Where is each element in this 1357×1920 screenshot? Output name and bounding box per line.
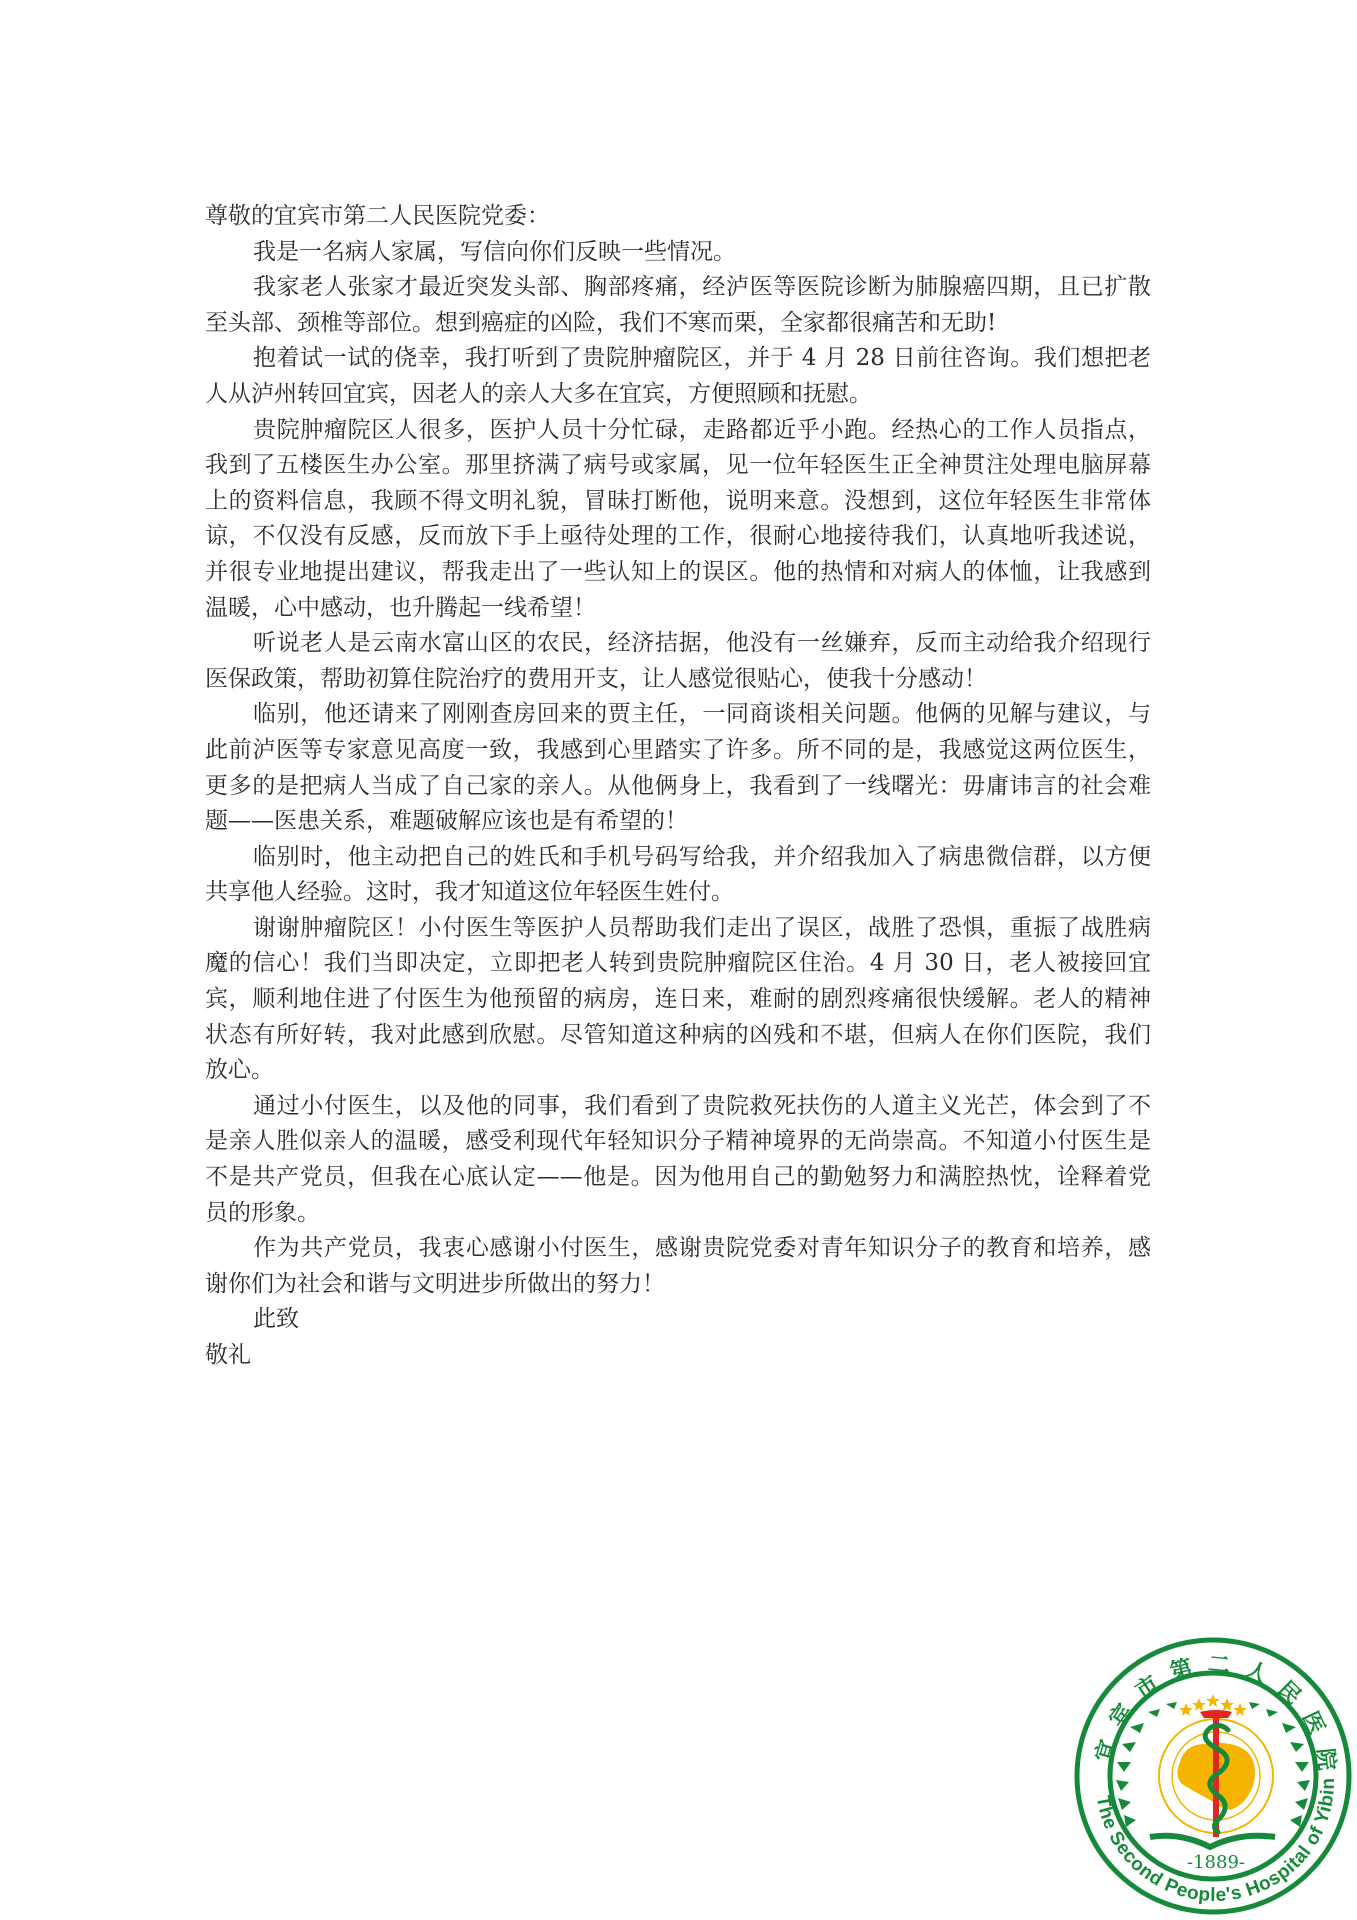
letter-line: 温暖，心中感动，也升腾起一线希望！ [205, 591, 1151, 627]
letter-line: 临别，他还请来了刚刚查房回来的贾主任，一同商谈相关问题。他俩的见解与建议，与 [205, 697, 1151, 733]
letter-line: 通过小付医生，以及他的同事，我们看到了贵院救死扶伤的人道主义光芒，体会到了不 [205, 1089, 1151, 1125]
letter-line: 人从泸州转回宜宾，因老人的亲人大多在宜宾，方便照顾和抚慰。 [205, 377, 1151, 413]
letter-line: 员的形象。 [205, 1196, 1151, 1232]
letter-line: 作为共产党员，我衷心感谢小付医生，感谢贵院党委对青年知识分子的教育和培养，感 [205, 1231, 1151, 1267]
letter-line: 我到了五楼医生办公室。那里挤满了病号或家属，见一位年轻医生正全神贯注处理电脑屏幕 [205, 448, 1151, 484]
letter-line: 谢谢肿瘤院区！小付医生等医护人员帮助我们走出了误区，战胜了恐惧，重振了战胜病 [205, 911, 1151, 947]
closing: 此致 [205, 1302, 1151, 1338]
letter-body: 尊敬的宜宾市第二人民医院党委： 我是一名病人家属，写信向你们反映一些情况。我家老… [205, 199, 1151, 1374]
letter-line: 宾，顺利地住进了付医生为他预留的病房，连日来，难耐的剧烈疼痛很快缓解。老人的精神 [205, 982, 1151, 1018]
letter-line: 至头部、颈椎等部位。想到癌症的凶险，我们不寒而栗，全家都很痛苦和无助! [205, 306, 1151, 342]
letter-paragraphs: 我是一名病人家属，写信向你们反映一些情况。我家老人张家才最近突发头部、胸部疼痛，… [205, 235, 1151, 1303]
letter-line: 医保政策，帮助初算住院治疗的费用开支，让人感觉很贴心，使我十分感动！ [205, 662, 1151, 698]
letter-line: 临别时，他主动把自己的姓氏和手机号码写给我，并介绍我加入了病患微信群，以方便 [205, 840, 1151, 876]
letter-line: 更多的是把病人当成了自己家的亲人。从他俩身上，我看到了一线曙光：毋庸讳言的社会难 [205, 769, 1151, 805]
letter-line: 放心。 [205, 1053, 1151, 1089]
letter-line: 题——医患关系，难题破解应该也是有希望的！ [205, 804, 1151, 840]
letter-line: 上的资料信息，我顾不得文明礼貌，冒昧打断他，说明来意。没想到，这位年轻医生非常体 [205, 484, 1151, 520]
letter-line: 抱着试一试的侥幸，我打听到了贵院肿瘤院区，并于 4 月 28 日前往咨询。我们想… [205, 341, 1151, 377]
letter-line: 共享他人经验。这时，我才知道这位年轻医生姓付。 [205, 875, 1151, 911]
letter-line: 不是共产党员，但我在心底认定——他是。因为他用自己的勤勉努力和满腔热忱，诠释着党 [205, 1160, 1151, 1196]
letter-line: 听说老人是云南水富山区的农民，经济拮据，他没有一丝嫌弃，反而主动给我介绍现行 [205, 626, 1151, 662]
letter-line: 贵院肿瘤院区人很多，医护人员十分忙碌，走路都近乎小跑。经热心的工作人员指点， [205, 413, 1151, 449]
letter-line: 状态有所好转，我对此感到欣慰。尽管知道这种病的凶残和不堪，但病人在你们医院，我们 [205, 1018, 1151, 1054]
letter-line: 魔的信心！我们当即决定，立即把老人转到贵院肿瘤院区住治。4 月 30 日，老人被… [205, 946, 1151, 982]
letter-line: 我家老人张家才最近突发头部、胸部疼痛，经泸医等医院诊断为肺腺癌四期，且已扩散 [205, 270, 1151, 306]
letter-line: 此前泸医等专家意见高度一致，我感到心里踏实了许多。所不同的是，我感觉这两位医生， [205, 733, 1151, 769]
salutation: 尊敬的宜宾市第二人民医院党委： [205, 199, 1151, 235]
letter-line: 谢你们为社会和谐与文明进步所做出的努力！ [205, 1267, 1151, 1303]
letter-line: 是亲人胜似亲人的温暖，感受利现代年轻知识分子精神境界的无尚崇高。不知道小付医生是 [205, 1124, 1151, 1160]
hospital-logo-seal: 宜宾市第二人民医院 The Second People's Hospital o… [1070, 1632, 1357, 1920]
letter-line: 并很专业地提出建议，帮我走出了一些认知上的误区。他的热情和对病人的体恤，让我感到 [205, 555, 1151, 591]
letter-line: 谅，不仅没有反感，反而放下手上亟待处理的工作，很耐心地接待我们，认真地听我述说， [205, 519, 1151, 555]
logo-founding-year: -1889- [1187, 1852, 1245, 1873]
letter-line: 我是一名病人家属，写信向你们反映一些情况。 [205, 235, 1151, 271]
regards: 敬礼 [205, 1338, 1151, 1374]
